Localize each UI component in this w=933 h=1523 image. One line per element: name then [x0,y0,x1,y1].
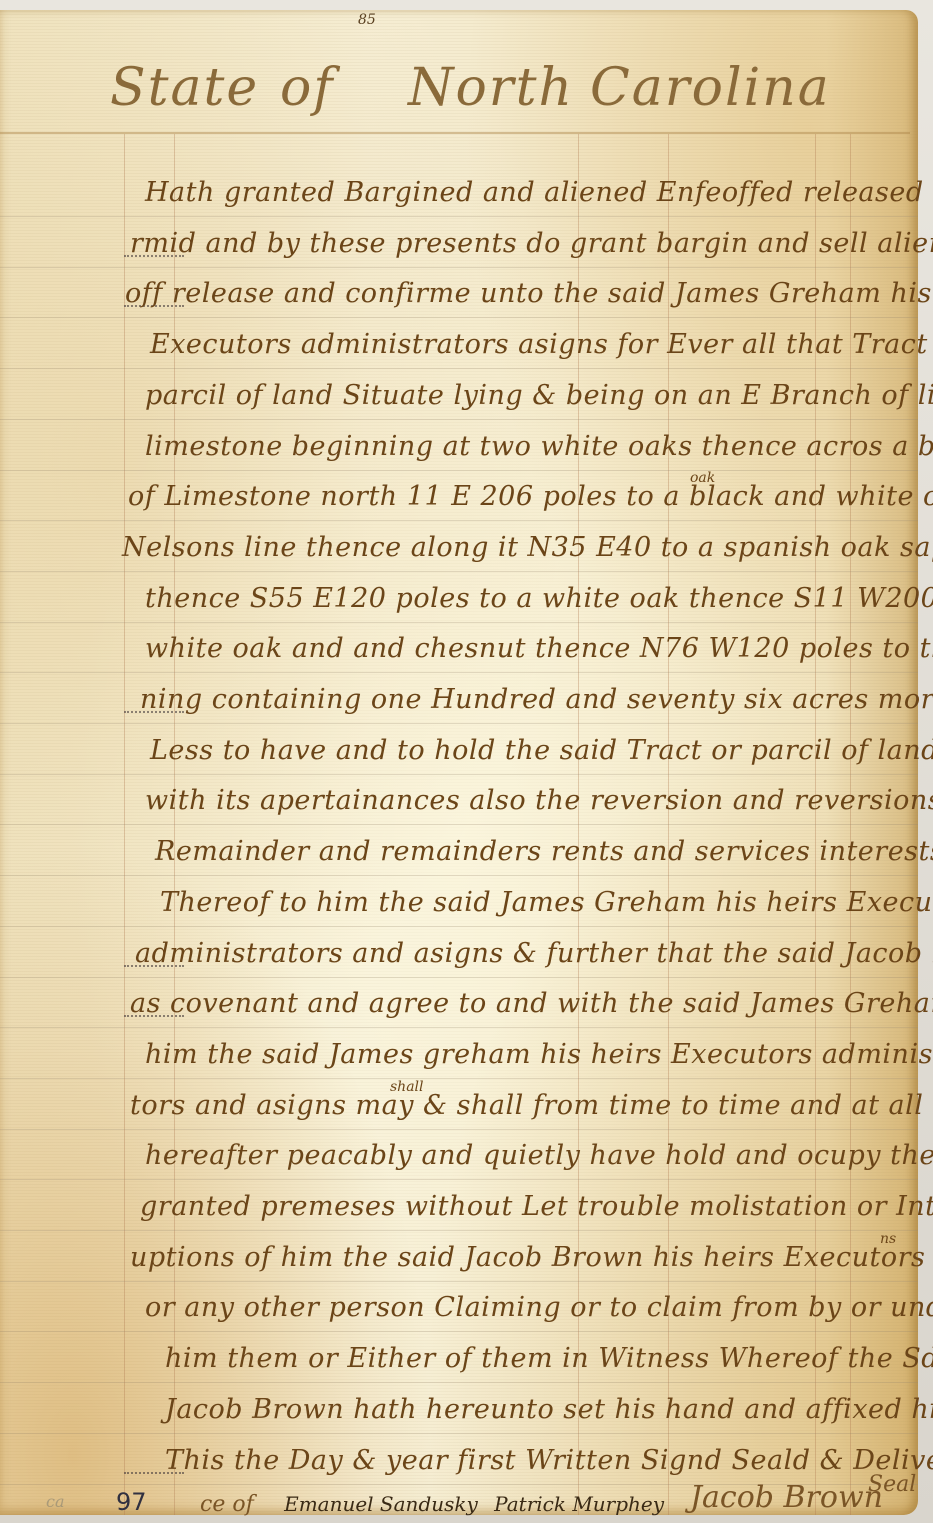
manuscript-line: Less to have and to hold the said Tract … [0,718,918,775]
manuscript-line: parcil of land Situate lying & being on … [0,363,918,420]
line-text: Less to have and to hold the said Tract … [150,735,933,766]
manuscript-line: Hath granted Bargined and aliened Enfeof… [0,160,918,217]
line-text: limestone beginning at two white oaks th… [145,431,933,462]
manuscript-line: thence S55 E120 poles to a white oak the… [0,566,918,623]
manuscript-line: white oak and and chesnut thence N76 W12… [0,616,918,673]
manuscript-line: Executors administrators asigns for Ever… [0,312,918,369]
manuscript-line: with its apertainances also the reversio… [0,768,918,825]
manuscript-line: Jacob Brown hath hereunto set his hand a… [0,1377,918,1434]
manuscript-line: as covenant and agree to and with the sa… [0,971,918,1028]
line-text: Nelsons line thence along it N35 E40 to … [122,532,933,563]
line-text: Thereof to him the said James Greham his… [160,887,933,918]
line-text: as covenant and agree to and with the sa… [130,988,933,1019]
line-text: thence S55 E120 poles to a white oak the… [145,583,933,614]
line-text: uptions of him the said Jacob Brown his … [130,1242,933,1273]
manuscript-line: off release and confirme unto the said J… [0,261,918,318]
line-text: or any other person Claiming or to claim… [145,1292,933,1323]
manuscript-line: him the said James greham his heirs Exec… [0,1022,918,1079]
manuscript-line: administrators and asigns & further that… [0,921,918,978]
interlinear-note: oak [690,470,715,486]
line-text: tors and asigns may & shall from time to… [130,1090,933,1121]
line-text: Remainder and remainders rents and servi… [155,836,933,867]
grantor-signature: Jacob Brown [690,1480,883,1515]
pencil-mark: ca [46,1492,65,1511]
heading-word-state: State [110,58,259,118]
line-text: administrators and asigns & further that… [135,938,933,969]
manuscript-line: Remainder and remainders rents and servi… [0,819,918,876]
manuscript-page: 85 State of North Carolina Hath granted … [0,10,918,1515]
manuscript-line: ning containing one Hundred and seventy … [0,667,918,724]
manuscript-line: Nelsons line thence along it N35 E40 to … [0,515,918,572]
manuscript-line: of Limestone north 11 E 206 poles to a b… [0,464,918,521]
manuscript-line: This the Day & year first Written Signd … [0,1428,918,1485]
interlinear-note: ns [880,1231,896,1247]
heading-word-of: of [280,58,335,118]
line-text: ning containing one Hundred and seventy … [140,684,933,715]
line-text: with its apertainances also the reversio… [145,785,933,816]
interlinear-note: shall [390,1079,424,1095]
manuscript-line: Thereof to him the said James Greham his… [0,870,918,927]
manuscript-line: or any other person Claiming or to claim… [0,1275,918,1332]
line-text: rmid and by these presents do grant barg… [130,228,933,259]
seal-mark: Seal [868,1472,916,1497]
line-text: him the said James greham his heirs Exec… [145,1039,933,1070]
manuscript-line: him them or Either of them in Witness Wh… [0,1326,918,1383]
line-text: him them or Either of them in Witness Wh… [165,1343,933,1374]
line-text: hereafter peacably and quietly have hold… [145,1140,933,1171]
page-number: 97 [116,1488,147,1516]
folio-number: 85 [358,12,376,28]
line-text: Hath granted Bargined and aliened Enfeof… [145,177,933,208]
manuscript-line: rmid and by these presents do grant barg… [0,211,918,268]
line-text: off release and confirme unto the said J… [125,278,933,309]
manuscript-line: uptions of him the said Jacob Brown his … [0,1225,918,1282]
header-rule [0,132,910,134]
manuscript-line: granted premeses without Let trouble mol… [0,1174,918,1231]
line-text: white oak and and chesnut thence N76 W12… [145,633,933,664]
attestation-prefix: ce of [200,1492,254,1517]
manuscript-line: tors and asigns may & shall from time to… [0,1073,918,1130]
line-text: This the Day & year first Written Signd … [165,1445,933,1476]
witness-signature: Patrick Murphey [494,1492,664,1516]
line-text: Jacob Brown hath hereunto set his hand a… [165,1394,933,1425]
manuscript-line: limestone beginning at two white oaks th… [0,414,918,471]
line-text: of Limestone north 11 E 206 poles to a b… [128,481,933,512]
line-text: parcil of land Situate lying & being on … [145,380,933,411]
line-text: Executors administrators asigns for Ever… [150,329,933,360]
document-heading: State of North Carolina [90,40,850,130]
heading-word-north: North [408,58,574,118]
manuscript-line: hereafter peacably and quietly have hold… [0,1123,918,1180]
witness-signature: Emanuel Sandusky [284,1492,478,1516]
heading-word-carolina: Carolina [590,58,831,118]
line-text: granted premeses without Let trouble mol… [140,1191,933,1222]
attestation: ce of Emanuel Sandusky Patrick Murphey [200,1492,674,1517]
